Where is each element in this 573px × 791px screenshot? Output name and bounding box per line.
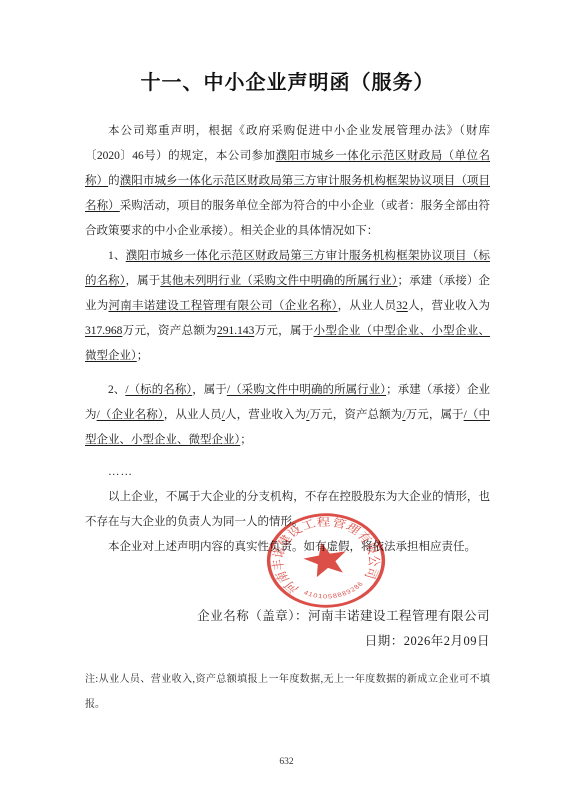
text-segment: ，属于	[192, 384, 227, 396]
employee-count-underlined: 32	[396, 300, 408, 312]
footnote: 注:从业人员、营业收入,资产总额填报上一年度数据,无上一年度数据的新成立企业可不…	[85, 667, 490, 717]
paragraph-item-2: 2、/（标的名称），属于/（采购文件中明确的所属行业）；承建（承接）企业为/（企…	[85, 378, 490, 453]
ellipsis-placeholder: ……	[85, 460, 490, 485]
subject-name-blank-underlined: /（标的名称）	[125, 384, 192, 396]
paragraph-branch-statement: 以上企业，不属于大企业的分支机构，不存在控股股东为大企业的情形，也不存在与大企业…	[85, 485, 490, 535]
company-name-value: 河南丰诺建设工程管理有限公司	[308, 609, 490, 623]
text-segment: 人，营业收入为	[225, 409, 306, 421]
text-segment: 万元，属于	[406, 409, 464, 421]
paragraph-item-1: 1、濮阳市城乡一体化示范区财政局第三方审计服务机构框架协议项目（标的名称），属于…	[85, 244, 490, 369]
date-value: 2026年2月09日	[404, 634, 490, 648]
signature-company-line: 企业名称（盖章）：河南丰诺建设工程管理有限公司	[85, 604, 490, 629]
industry-blank-underlined: /（采购文件中明确的所属行业）	[227, 384, 386, 396]
signature-block: 企业名称（盖章）：河南丰诺建设工程管理有限公司 日期：2026年2月09日	[85, 604, 490, 654]
text-segment: 万元，资产总额为	[122, 325, 217, 337]
page-number: 632	[0, 757, 573, 767]
page-title: 十一、中小企业声明函（服务）	[85, 66, 490, 95]
company-name-underlined: 河南丰诺建设工程管理有限公司（企业名称）	[109, 300, 338, 312]
revenue-underlined: 317.968	[85, 325, 122, 337]
document-page: 十一、中小企业声明函（服务） 本公司郑重声明，根据《政府采购促进中小企业发展管理…	[0, 0, 573, 791]
text-segment: ；	[240, 434, 252, 446]
assets-underlined: 291.143	[217, 325, 254, 337]
text-segment: 万元，属于	[254, 325, 313, 337]
company-name-blank-underlined: /（企业名称）	[97, 409, 164, 421]
paragraph-responsibility-statement: 本企业对上述声明内容的真实性负责。如有虚假，将依法承担相应责任。	[85, 535, 490, 560]
text-segment: ；	[137, 350, 149, 362]
text-segment: 万元，资产总额为	[309, 409, 402, 421]
paragraph-intro: 本公司郑重声明，根据《政府采购促进中小企业发展管理办法》（财库〔2020〕46号…	[85, 119, 490, 244]
date-label: 日期：	[365, 634, 404, 648]
industry-underlined: 其他未列明行业（采购文件中明确的所属行业）	[160, 275, 397, 287]
item-number: 2、	[108, 384, 125, 396]
text-segment: 人，营业收入为	[408, 300, 490, 312]
company-seal-label: 企业名称（盖章）：	[197, 609, 308, 623]
text-segment: ，属于	[126, 275, 161, 287]
document-content: 十一、中小企业声明函（服务） 本公司郑重声明，根据《政府采购促进中小企业发展管理…	[0, 0, 573, 717]
signature-date-line: 日期：2026年2月09日	[85, 629, 490, 654]
text-segment: 采购活动，项目的服务单位全部为符合的中小企业（或者：服务全部由符合政策要求的中小…	[85, 200, 490, 237]
text-segment: ，从业人员	[164, 409, 222, 421]
text-segment: 的	[108, 175, 120, 187]
item-number: 1、	[108, 250, 126, 262]
text-segment: ，从业人员	[338, 300, 397, 312]
